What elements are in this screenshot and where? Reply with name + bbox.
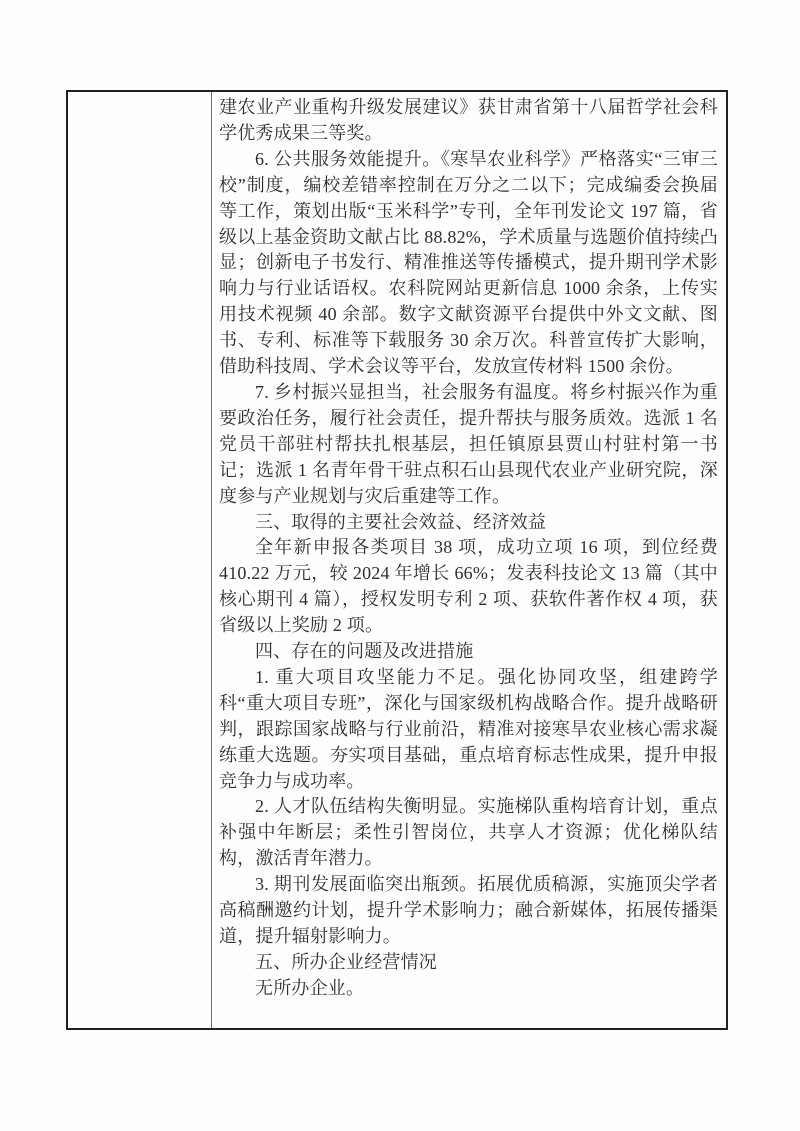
report-section-heading-4: 四、存在的问题及改进措施 [219,639,718,665]
report-paragraph-item6: 6. 公共服务效能提升。《寒旱农业科学》严格落实“三审三校”制度，编校差错率控制… [219,147,718,380]
report-paragraph-problem2: 2. 人才队伍结构失衡明显。实施梯队重构培育计划，重点补强中年断层；柔性引智岗位… [219,794,718,872]
report-paragraph-benefits: 全年新申报各类项目 38 项，成功立项 16 项，到位经费 410.22 万元，… [219,535,718,639]
report-table: 建农业产业重构升级发展建议》获甘肃省第十八届哲学社会科学优秀成果三等奖。 6. … [66,90,728,1030]
report-paragraph-continuation: 建农业产业重构升级发展建议》获甘肃省第十八届哲学社会科学优秀成果三等奖。 [219,95,718,147]
report-section-heading-3: 三、取得的主要社会效益、经济效益 [219,510,718,536]
report-section-heading-5: 五、所办企业经营情况 [219,950,718,976]
report-paragraph-problem3: 3. 期刊发展面临突出瓶颈。拓展优质稿源，实施顶尖学者高稿酬邀约计划，提升学术影… [219,872,718,950]
scanned-report-page: 建农业产业重构升级发展建议》获甘肃省第十八届哲学社会科学优秀成果三等奖。 6. … [0,0,800,1131]
report-paragraph-problem1: 1. 重大项目攻坚能力不足。强化协同攻坚，组建跨学科“重大项目专班”，深化与国家… [219,665,718,795]
table-content-column: 建农业产业重构升级发展建议》获甘肃省第十八届哲学社会科学优秀成果三等奖。 6. … [212,92,726,1028]
report-paragraph-item7: 7. 乡村振兴显担当，社会服务有温度。将乡村振兴作为重要政治任务，履行社会责任，… [219,380,718,510]
report-paragraph-no-enterprise: 无所办企业。 [219,976,718,1002]
table-label-column [68,92,212,1028]
